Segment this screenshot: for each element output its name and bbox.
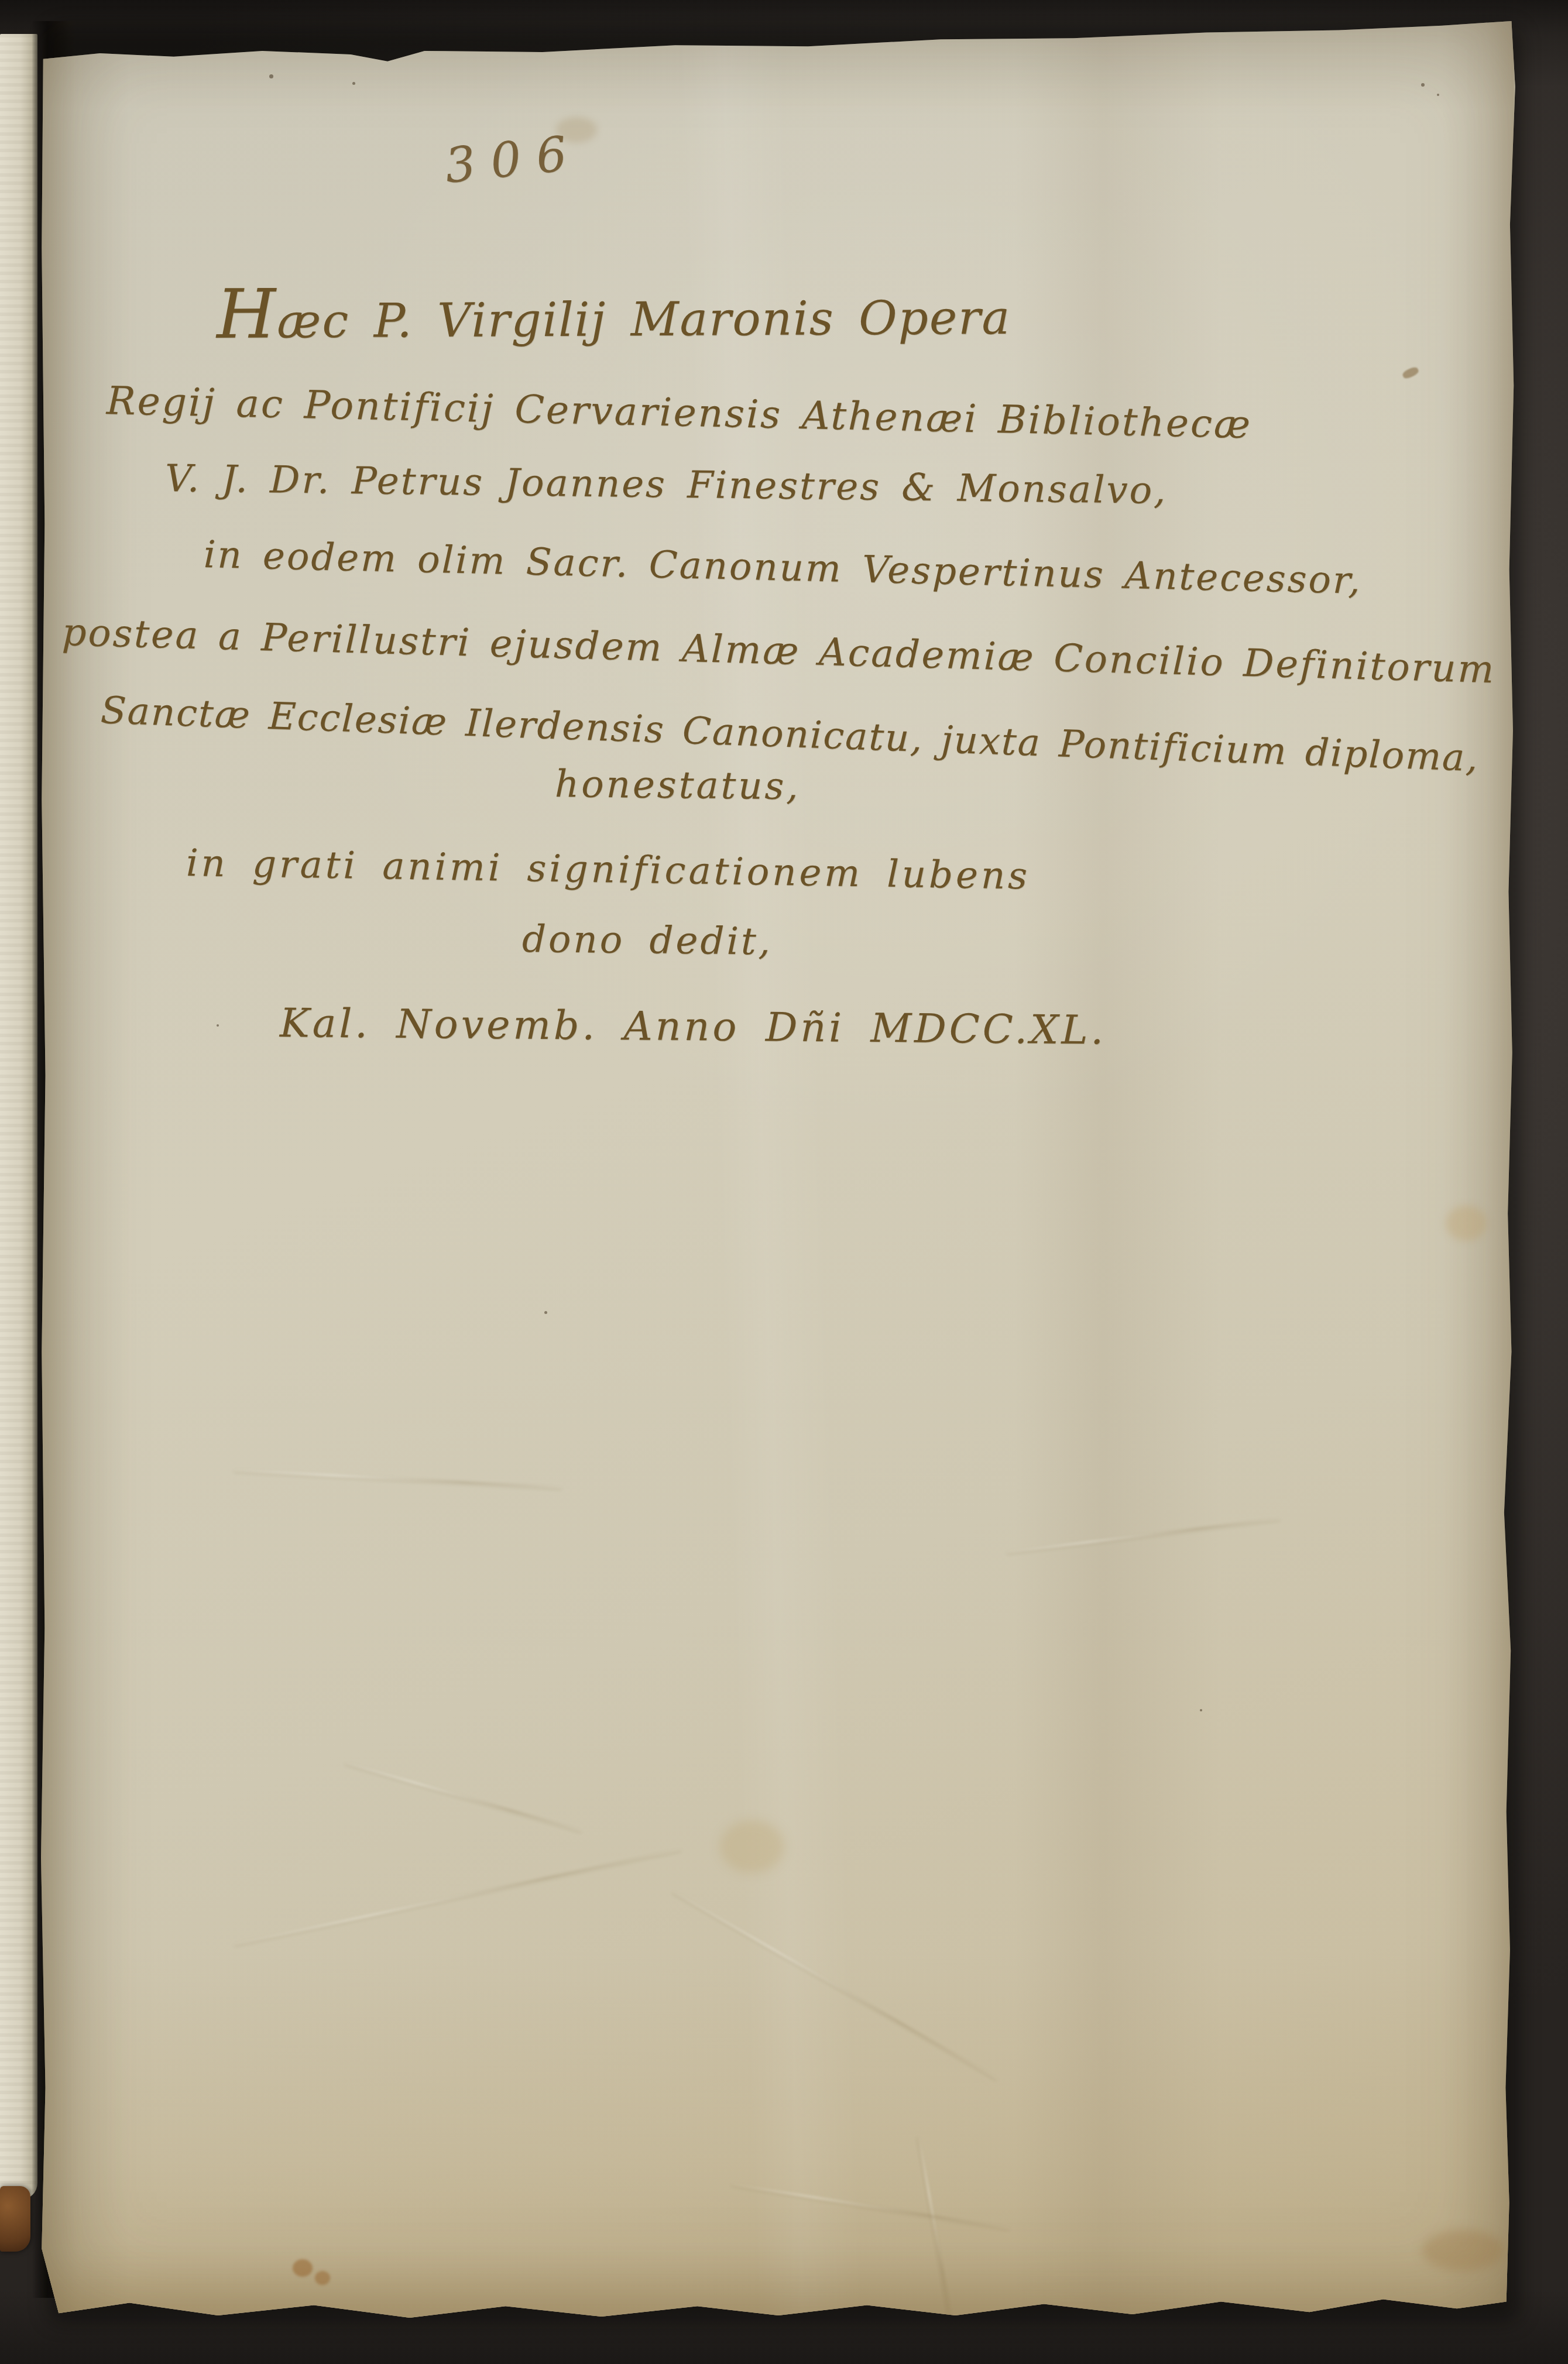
manuscript-line-4: in eodem olim Sacr. Canonum Vespertinus … xyxy=(203,536,1362,600)
stain xyxy=(1422,2230,1504,2271)
crease xyxy=(732,2183,1010,2229)
manuscript-line-10: Kal. Novemb. Anno Dñi MDCC.XL. xyxy=(280,1004,1107,1051)
crease xyxy=(234,1469,561,1488)
manuscript-line-7: honestatus, xyxy=(555,766,801,805)
speck xyxy=(217,1024,219,1027)
folio-number: 306 xyxy=(442,125,585,194)
crease xyxy=(234,1848,681,1946)
stain xyxy=(1401,366,1419,380)
leather-binding-corner xyxy=(0,2186,30,2252)
manuscript-line-9: dono dedit, xyxy=(522,921,773,960)
crease xyxy=(345,1762,582,1832)
speck xyxy=(544,1311,547,1314)
speck xyxy=(1200,1709,1202,1711)
manuscript-line-3: V. J. Dr. Petrus Joannes Finestres & Mon… xyxy=(165,460,1168,510)
manuscript-line-5: postea a Perillustri ejusdem Almæ Academ… xyxy=(61,613,1496,689)
parchment-page: 306 Hæc P. Virgilij Maronis Opera Regij … xyxy=(41,18,1516,2318)
manuscript-photo: 306 Hæc P. Virgilij Maronis Opera Regij … xyxy=(0,0,1568,2364)
manuscript-line-2: Regij ac Pontificij Cervariensis Athenæi… xyxy=(106,382,1252,444)
crease xyxy=(918,2137,953,2328)
stain xyxy=(720,1820,784,1873)
speck xyxy=(1421,83,1425,87)
manuscript-line-8: in grati animi significationem lubens xyxy=(186,845,1030,895)
manuscript-line-1: Hæc P. Virgilij Maronis Opera xyxy=(217,290,1011,345)
speck xyxy=(269,74,273,78)
speck xyxy=(352,82,355,85)
stain xyxy=(1446,1206,1487,1241)
crease xyxy=(673,1890,998,2080)
crease xyxy=(1007,1518,1280,1553)
stain xyxy=(293,2259,313,2277)
stain xyxy=(315,2271,330,2285)
speck xyxy=(1437,94,1439,96)
